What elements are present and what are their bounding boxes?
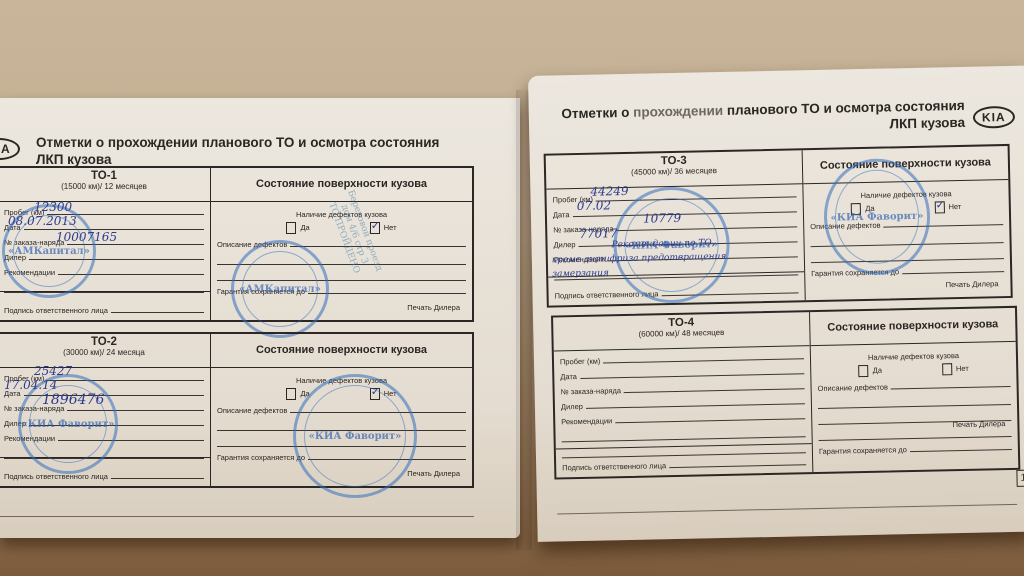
to2-condition-header: Состояние поверхности кузова xyxy=(211,334,472,368)
footer-line-left xyxy=(0,516,474,517)
to2-mileage-value: 25427 xyxy=(34,364,72,378)
to4-header: ТО-4 (60000 км)/ 48 месяцев xyxy=(553,312,810,351)
left-page: KIA Отметки о прохождении планового ТО и… xyxy=(0,98,520,538)
to2-order-value: 1896476 xyxy=(42,392,104,408)
to1-dealer-seal-label: Печать Дилера xyxy=(407,303,460,312)
to4-warranty-field[interactable]: Гарантия сохраняется до xyxy=(819,437,1012,456)
right-page: Отметки о прохождении планового ТО и осм… xyxy=(528,66,1024,542)
kia-logo: KIA xyxy=(973,106,1015,129)
to3-dealer-seal-label: Печать Дилера xyxy=(946,279,999,289)
to1-no-checkbox[interactable]: Нет xyxy=(370,222,397,234)
to2-date-value: 17.04.14 xyxy=(4,378,57,392)
to3-dealer-value: 77017 xyxy=(579,226,617,241)
to1-header: ТО-1 (15000 км)/ 12 месяцев xyxy=(0,168,210,202)
to4-signature-field[interactable]: Подпись ответственного лица xyxy=(562,452,806,472)
to2-signature-field[interactable]: Подпись ответственного лица xyxy=(4,466,204,481)
to4-block: ТО-4 (60000 км)/ 48 месяцев Пробег (км) … xyxy=(551,306,1020,480)
to4-no-checkbox[interactable]: Нет xyxy=(942,363,969,376)
to3-order-value: 10779 xyxy=(643,211,681,226)
to4-yes-checkbox[interactable]: Да xyxy=(859,365,883,377)
to4-dealer-seal-label: Печать Дилера xyxy=(952,419,1005,429)
to1-yes-checkbox[interactable]: Да xyxy=(286,222,309,234)
to1-order-value: 10007165 xyxy=(56,230,117,244)
page-number: 17 xyxy=(1016,469,1024,486)
to2-header: ТО-2 (30000 км)/ 24 месяца xyxy=(0,334,210,368)
to3-mileage-value: 44249 xyxy=(590,184,628,199)
to2-kia-favorit-stamp: «КИА Фаворит» xyxy=(293,374,417,498)
to1-signature-field[interactable]: Подпись ответственного лица xyxy=(4,300,204,315)
page-title-left: Отметки о прохождении планового ТО и осм… xyxy=(36,134,476,168)
to3-date-value: 07.02 xyxy=(577,198,612,213)
to3-block: ТО-3 (45000 км)/ 36 месяцев Пробег (км) … xyxy=(544,144,1013,308)
to3-header: ТО-3 (45000 км)/ 36 месяцев xyxy=(546,150,803,189)
to3-no-checkbox[interactable]: Нет xyxy=(934,201,961,214)
to1-amkapital-stamp: «АМКапитал» xyxy=(231,240,329,338)
to2-dealer-seal-label: Печать Дилера xyxy=(407,469,460,478)
to2-block: ТО-2 (30000 км)/ 24 месяца Пробег (км) Д… xyxy=(0,332,474,488)
to1-mileage-value: 12300 xyxy=(34,200,72,214)
to3-recommendation-line3: замерзания xyxy=(552,268,609,279)
page-title-right: Отметки о прохождении планового ТО и осм… xyxy=(547,97,966,140)
to1-block: ТО-1 (15000 км)/ 12 месяцев Пробег (км) … xyxy=(0,166,474,322)
footer-line-right xyxy=(557,504,1017,515)
to1-date-value: 08.07.2013 xyxy=(8,214,77,228)
kia-logo-left: KIA xyxy=(0,138,20,160)
to4-condition-header: Состояние поверхности кузова xyxy=(810,308,1016,346)
